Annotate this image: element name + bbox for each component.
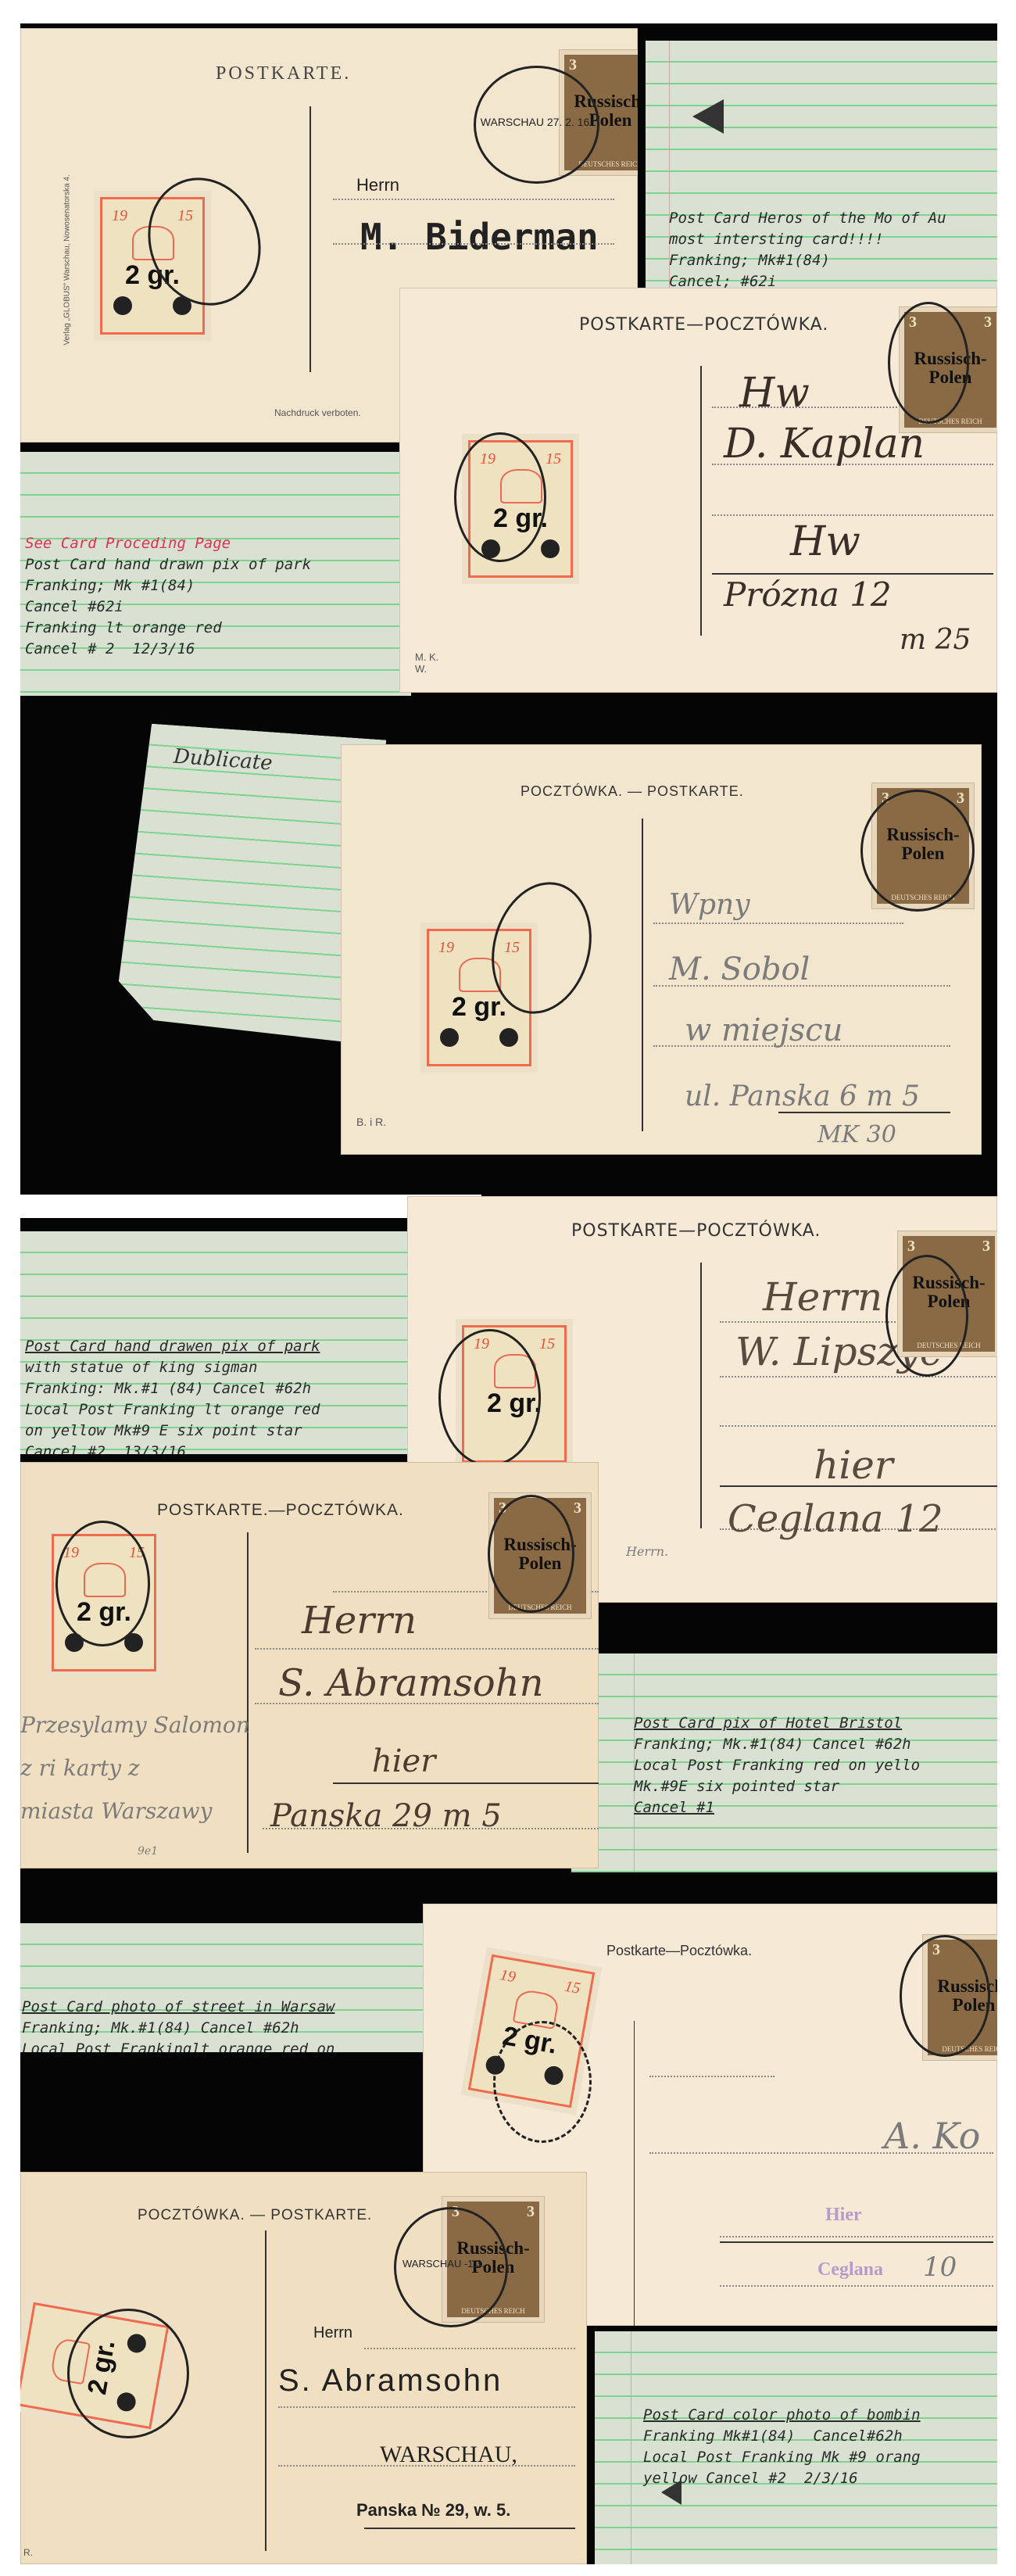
card-5-pencil-line-1: Przesylamy Salomon (20, 1712, 250, 1738)
card-6-rubber-stamp-2: Ceglana (817, 2259, 883, 2280)
star-icon (499, 1028, 518, 1047)
card-2-handwriting-3: Hw (790, 518, 860, 565)
card-7-addressee: S. Abramsohn (278, 2363, 503, 2399)
index-card-note-2: See Card Proceding PagePost Card hand dr… (20, 452, 411, 696)
note-2-text: See Card Proceding PagePost Card hand dr… (25, 491, 311, 696)
cancel-mark-warschau-3 (860, 790, 975, 912)
card-4-handwriting-1: Herrn (763, 1274, 882, 1320)
cancel-mark-local-5 (55, 1521, 150, 1646)
card-7-divider (265, 2230, 267, 2551)
album-page: Post Card Heros of the Mo of Aumost inte… (20, 23, 997, 2564)
card-1-divider (309, 106, 311, 372)
card-4-header: POSTKARTE—POCZTÓWKA. (571, 1221, 821, 1241)
card-5-pencil-line-3: miasta Warszawy (20, 1798, 212, 1824)
card-4-divider (700, 1263, 702, 1528)
card-7-addressee-prefix: Herrn (313, 2324, 352, 2342)
card-6-header: Postkarte—Pocztówka. (606, 1943, 752, 1959)
card-1-header: POSTKARTE. (216, 63, 351, 84)
note-3-label: Dublicate (173, 745, 274, 776)
cancel-mark-local-4 (438, 1329, 541, 1467)
card-7-header: POCZTÓWKA. — POSTKARTE. (138, 2207, 372, 2224)
card-6-handwriting-1: A. Ko (884, 2115, 980, 2157)
card-2-handwriting-4: Prózna 12 (724, 575, 892, 614)
cancel-mark-warschau-6 (900, 1935, 990, 2057)
card-2-divider (700, 366, 702, 636)
card-7-street: Panska № 29, w. 5. (356, 2500, 510, 2520)
left-arrow-icon (661, 2480, 682, 2505)
card-5-handwriting-3: hier (372, 1743, 435, 1779)
cancel-mark-warschau-1: WARSCHAU 27. 2. 16. (474, 66, 599, 184)
note-6-text: Post Card photo of street in WarsawFrank… (22, 1954, 334, 2052)
cancel-mark-local-6 (493, 2021, 592, 2143)
star-icon (440, 1028, 459, 1047)
cancel-mark-local-2 (454, 432, 546, 562)
star-icon (541, 539, 560, 558)
left-arrow-icon (692, 99, 724, 134)
card-5-handwriting-2: S. Abramsohn (278, 1661, 544, 1705)
card-3-handwriting-4: ul. Panska 6 m 5 (685, 1080, 920, 1112)
index-card-note-7: Post Card color photo of bombinFranking … (595, 2331, 997, 2564)
card-2-handwriting-2: D. Kaplan (724, 421, 925, 468)
cancel-mark-warschau-7: WARSCHAU -1.3. (394, 2207, 508, 2327)
index-card-note-1: Post Card Heros of the Mo of Aumost inte… (646, 41, 997, 299)
card-2-handwriting-1: Hw (739, 370, 810, 417)
card-2-header: POSTKARTE—POCZTÓWKA. (579, 315, 828, 335)
cancel-mark-warschau-5 (488, 1495, 574, 1613)
card-1-addressee-prefix: Herrn (356, 175, 399, 195)
index-card-note-4: Post Card hand drawen pix of parkwith st… (20, 1231, 411, 1454)
note-1-text: Post Card Heros of the Mo of Aumost inte… (669, 166, 946, 299)
note-4-text: Post Card hand drawen pix of parkwith st… (25, 1294, 320, 1454)
cancel-mark-warschau-2 (888, 302, 969, 424)
card-1-addressee: M. Biderman (360, 216, 599, 258)
star-icon (113, 296, 132, 315)
card-6-rubber-stamp-1: Hier (825, 2205, 862, 2226)
card-3-imprint: B. i R. (356, 1116, 386, 1128)
card-2-imprint: M. K. W. (415, 651, 446, 675)
postcard-7: POCZTÓWKA. — POSTKARTE. Herrn S. Abramso… (20, 2172, 587, 2564)
card-5-pencil-line-2: z ri karty z (20, 1755, 140, 1781)
postcard-3: POCZTÓWKA. — POSTKARTE. Wpny M. Sobol w … (341, 744, 982, 1155)
card-2-handwriting-5: m 25 (900, 624, 971, 656)
card-3-handwriting-2: M. Sobol (669, 951, 810, 987)
card-5-handwriting-1: Herrn (302, 1599, 417, 1643)
card-7-city: WARSCHAU, (380, 2442, 517, 2468)
card-6-handwritten-number: 10 (923, 2252, 957, 2283)
card-7-imprint: R. (23, 2547, 33, 2558)
card-5-divider (247, 1532, 249, 1853)
card-5-handwriting-4: Panska 29 m 5 (270, 1798, 502, 1834)
card-3-divider (642, 819, 643, 1131)
card-4-pencil-note: Herrn. (626, 1544, 668, 1559)
index-card-note-6: Post Card photo of street in WarsawFrank… (20, 1923, 427, 2052)
card-5-header: POSTKARTE.—POCZTÓWKA. (157, 1501, 404, 1520)
card-4-handwriting-3: hier (814, 1442, 893, 1488)
cancel-mark-warschau-4 (885, 1255, 968, 1377)
note-7-text: Post Card color photo of bombinFranking … (643, 2363, 921, 2531)
card-3-handwriting-3: w miejscu (685, 1012, 842, 1048)
note-5-text: Post Card pix of Hotel BristolFranking; … (634, 1671, 920, 1861)
cancel-mark-local-7 (67, 2309, 189, 2438)
card-4-handwriting-4: Ceglana 12 (728, 1497, 943, 1541)
card-3-handwriting-5: MK 30 (817, 1121, 896, 1148)
card-5-pencil-mark: 9e1 (138, 1845, 158, 1858)
card-1-publisher: Verlag „GLOBUS" Warschau, Nowosenatorska… (63, 111, 72, 346)
postcard-5: POSTKARTE.—POCZTÓWKA. Herrn S. Abramsohn… (20, 1462, 599, 1868)
postcard-2: POSTKARTE—POCZTÓWKA. Hw D. Kaplan Hw Pró… (399, 288, 997, 693)
card-1-footer: Nachdruck verboten. (274, 407, 361, 418)
card-6-divider (634, 2021, 635, 2326)
card-3-handwriting-1: Wpny (669, 889, 750, 921)
card-3-header: POCZTÓWKA. — POSTKARTE. (521, 783, 744, 800)
index-card-note-5: Post Card pix of Hotel BristolFranking; … (571, 1653, 997, 1872)
